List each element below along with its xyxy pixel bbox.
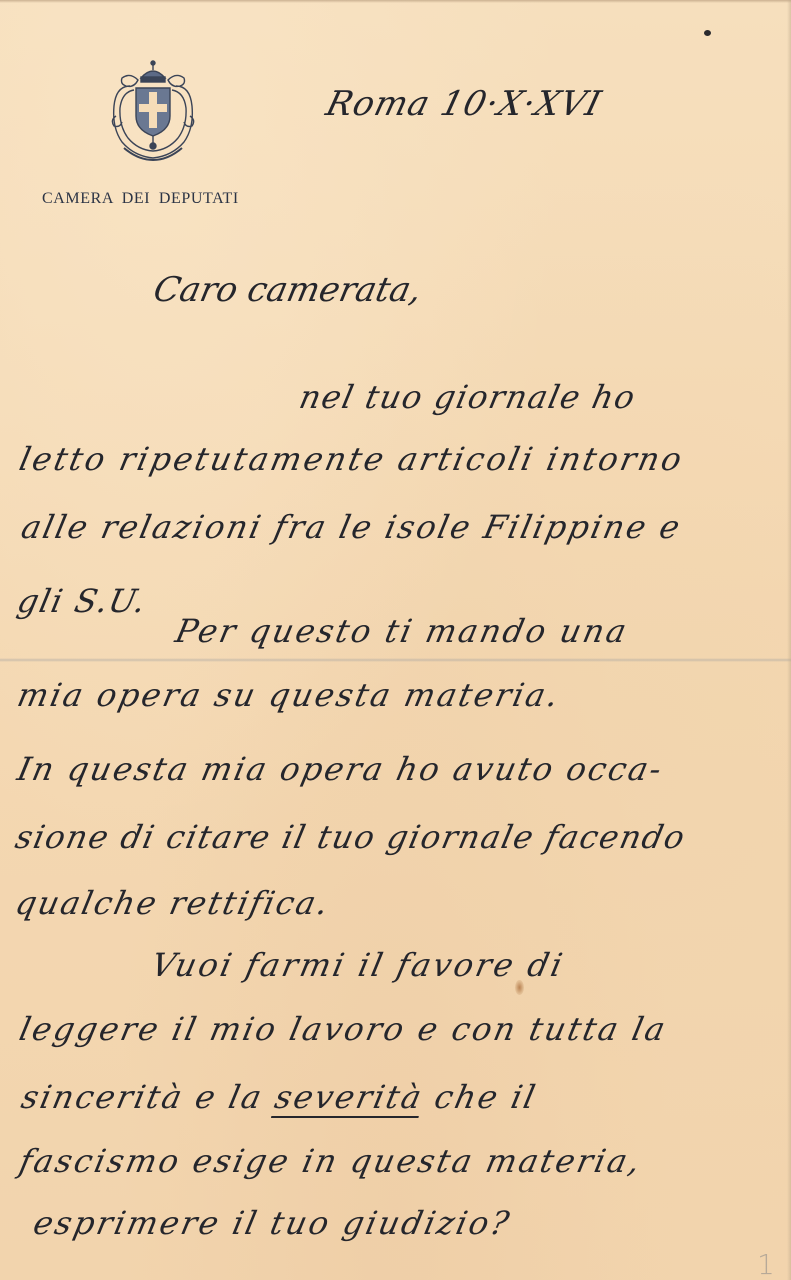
body-line: leggere il mio lavoro e con tutta la xyxy=(16,1010,671,1048)
body-line: gli S.U. xyxy=(14,582,150,620)
body-line: alle relazioni fra le isole Filippine e xyxy=(18,508,685,546)
letter-page: CAMERA DEI DEPUTATI Roma 10·X·XVI Caro c… xyxy=(0,0,791,1280)
body-line: esprimere il tuo giudizio? xyxy=(30,1204,515,1242)
body-text: che il xyxy=(431,1078,540,1116)
body-line: letto ripetutamente articoli intorno xyxy=(16,440,688,478)
letter-date: Roma 10·X·XVI xyxy=(322,84,606,124)
paper-right-edge xyxy=(787,0,791,1280)
letter-salutation: Caro camerata, xyxy=(150,270,425,310)
body-line: mia opera su questa materia. xyxy=(14,676,564,714)
paper-top-edge xyxy=(0,0,791,3)
body-text: sincerità e la xyxy=(18,1078,267,1116)
body-line: sincerità e la severità che il xyxy=(18,1078,541,1116)
body-line: Per questo ti mando una xyxy=(172,612,632,650)
body-line: qualche rettifica. xyxy=(12,884,334,922)
page-number: 1 xyxy=(757,1248,775,1280)
body-line: fascismo esige in questa materia, xyxy=(16,1142,646,1180)
ink-blot xyxy=(704,30,711,36)
underlined-word: severità xyxy=(271,1078,427,1116)
body-line: sione di citare il tuo giornale facendo xyxy=(12,818,690,856)
letterhead-institution-name: CAMERA DEI DEPUTATI xyxy=(42,190,239,208)
coat-of-arms-icon xyxy=(108,56,198,166)
paper-fold-line xyxy=(0,658,791,662)
body-line: Vuoi farmi il favore di xyxy=(148,946,568,984)
body-line: nel tuo giornale ho xyxy=(296,378,640,416)
body-line: In questa mia opera ho avuto occa- xyxy=(14,750,667,788)
